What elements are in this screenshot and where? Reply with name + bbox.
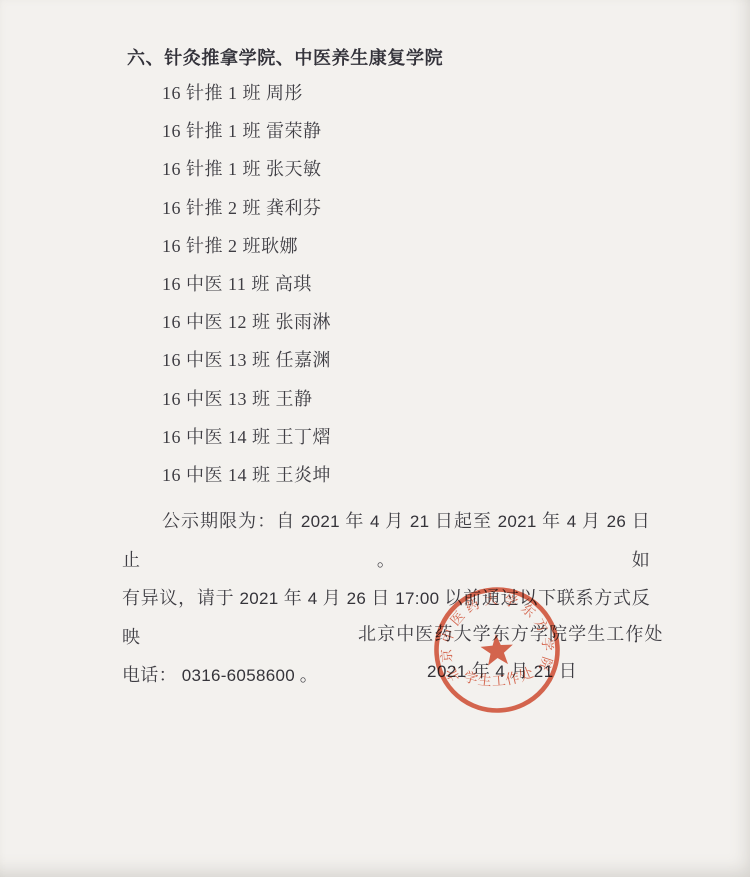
text-run: 4 <box>567 512 577 531</box>
student-list: 16 针推 1 班 周彤16 针推 1 班 雷荣静16 针推 1 班 张天敏16… <box>162 74 331 494</box>
text-run: 月 <box>577 511 607 531</box>
student-list-item: 16 针推 1 班 周彤 <box>162 74 331 112</box>
student-list-item: 16 中医 13 班 任嘉渊 <box>162 341 331 379</box>
text-run: 电话： <box>122 665 182 685</box>
text-run: 年 <box>340 511 370 531</box>
text-run: 年 <box>537 511 567 531</box>
text-run: 年 <box>279 588 308 608</box>
text-run: 4 <box>370 512 380 531</box>
text-run: 有异议，请于 <box>122 588 240 608</box>
text-run: 公示期限为：自 <box>122 511 301 531</box>
student-list-item: 16 针推 2 班 龚利芬 <box>162 189 331 227</box>
stamp-bottom-textpath: 学生工作处 <box>461 663 537 692</box>
text-run: 日起至 <box>429 511 497 531</box>
text-run: 0316-6058600 <box>182 666 295 685</box>
text-run: 日 <box>366 588 395 608</box>
student-list-item: 16 中医 13 班 王静 <box>162 380 331 418</box>
text-run: 26 <box>347 589 367 608</box>
student-list-item: 16 中医 14 班 王炎坤 <box>162 456 331 494</box>
stamp-star-icon <box>480 633 514 666</box>
text-run: 。 <box>295 665 318 685</box>
text-run: 2021 <box>301 512 340 531</box>
text-run: 21 <box>410 512 430 531</box>
student-list-item: 16 针推 1 班 雷荣静 <box>162 112 331 150</box>
text-run: 2021 <box>498 512 537 531</box>
document-page: 六、针灸推拿学院、中医养生康复学院 16 针推 1 班 周彤16 针推 1 班 … <box>0 0 750 877</box>
student-list-item: 16 中医 11 班 高琪 <box>162 265 331 303</box>
student-list-item: 16 中医 14 班 王丁熠 <box>162 418 331 456</box>
text-run: 26 <box>607 512 627 531</box>
text-run: 2021 <box>240 589 279 608</box>
text-run: 月 <box>380 511 410 531</box>
student-list-item: 16 针推 1 班 张天敏 <box>162 150 331 188</box>
student-list-item: 16 中医 12 班 张雨淋 <box>162 303 331 341</box>
text-run: 月 <box>317 588 346 608</box>
section-heading: 六、针灸推拿学院、中医养生康复学院 <box>127 44 443 70</box>
text-run: 4 <box>308 589 318 608</box>
student-list-item: 16 针推 2 班耿娜 <box>162 227 331 265</box>
official-seal-stamp: 北京中医药大学东方学院 学生工作处 <box>422 575 571 724</box>
notice-line-1: 公示期限为：自 2021 年 4 月 21 日起至 2021 年 4 月 26 … <box>122 502 650 579</box>
stamp-bottom-text: 学生工作处 <box>461 663 537 692</box>
